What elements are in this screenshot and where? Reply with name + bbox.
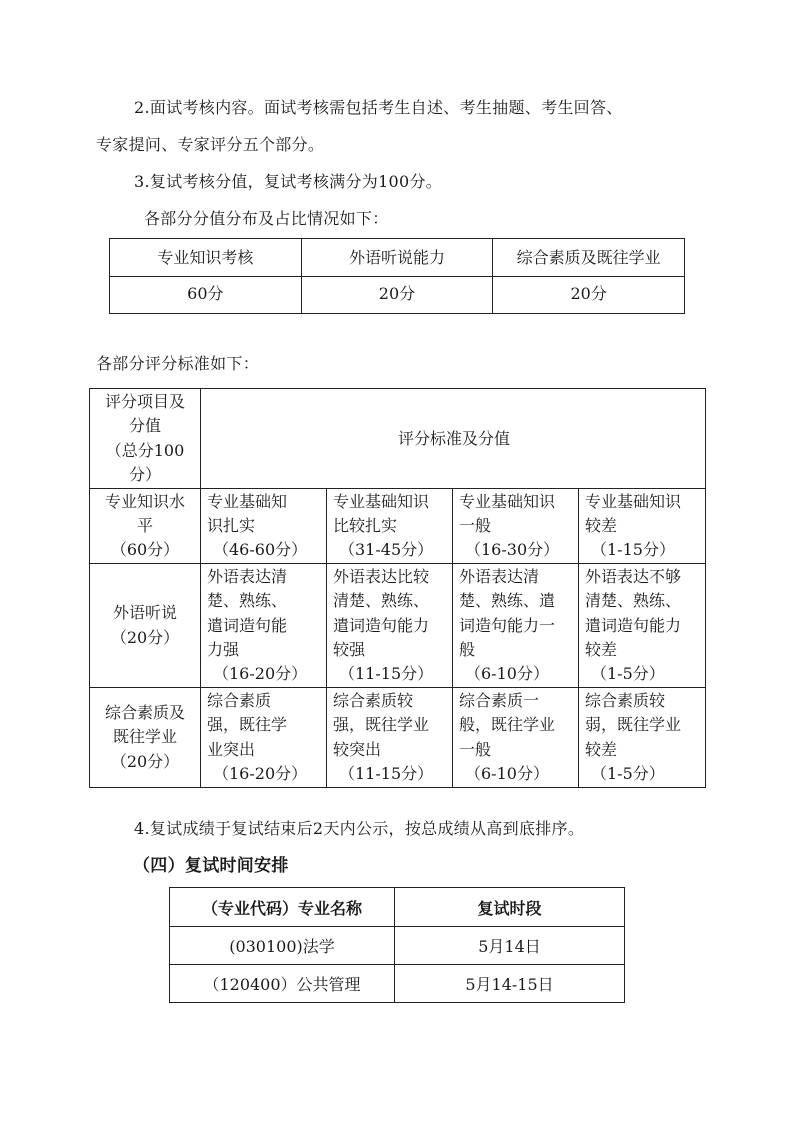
text-line: 较差 bbox=[585, 514, 701, 538]
score-range: （46-60分） bbox=[207, 538, 322, 562]
table-cell-item: 外语听说 （20分） bbox=[90, 563, 201, 687]
text-line: （总分100 bbox=[92, 439, 198, 463]
text-line: 楚、熟练、 bbox=[207, 589, 322, 613]
table-cell: 专业基础知 识扎实 （46-60分） bbox=[201, 488, 327, 563]
table-cell: 外语表达清 楚、熟练、 遣词造句能 力强 （16-20分） bbox=[201, 563, 327, 687]
text-line: 专业知识水 bbox=[92, 490, 198, 514]
table-header-row: 评分项目及 分值 （总分100 分） 评分标准及分值 bbox=[90, 389, 706, 489]
text-line: 综合素质及 bbox=[92, 701, 198, 725]
text-line: 清楚、熟练、 bbox=[333, 589, 448, 613]
table-cell: （120400）公共管理 bbox=[170, 965, 395, 1003]
score-range: （16-20分） bbox=[207, 762, 322, 786]
text-line: 既往学业 bbox=[92, 725, 198, 749]
text-line: 较强 bbox=[333, 638, 448, 662]
table-header-cell: 外语听说能力 bbox=[301, 239, 493, 277]
table-row: 60分 20分 20分 bbox=[110, 277, 685, 314]
text-line: 外语听说 bbox=[92, 601, 198, 625]
table-cell-item: 综合素质及 既往学业 （20分） bbox=[90, 687, 201, 787]
score-range: （11-15分） bbox=[333, 762, 448, 786]
table-cell: 60分 bbox=[110, 277, 302, 314]
text-line: 遣词造句能 bbox=[207, 614, 322, 638]
schedule-table: （专业代码）专业名称 复试时段 (030100)法学 5月14日 （120400… bbox=[169, 887, 625, 1003]
paragraph-interview-content-line2: 专家提问、专家评分五个部分。 bbox=[96, 135, 324, 155]
text-line: 较差 bbox=[585, 638, 701, 662]
score-range: （16-30分） bbox=[459, 538, 574, 562]
text-line: 比较扎实 bbox=[333, 514, 448, 538]
text-line: 外语表达比较 bbox=[333, 565, 448, 589]
table-cell: 专业基础知识 一般 （16-30分） bbox=[453, 488, 579, 563]
score-range: （1-5分） bbox=[585, 762, 701, 786]
table-header-row: （专业代码）专业名称 复试时段 bbox=[170, 888, 625, 927]
distribution-intro: 各部分分值分布及占比情况如下： bbox=[144, 209, 389, 229]
table-cell: (030100)法学 bbox=[170, 927, 395, 965]
table-row: （120400）公共管理 5月14-15日 bbox=[170, 965, 625, 1003]
text-line: 分） bbox=[92, 463, 198, 487]
score-range: （6-10分） bbox=[459, 762, 574, 786]
text-line: 综合素质较 bbox=[585, 689, 701, 713]
score-range: （31-45分） bbox=[333, 538, 448, 562]
table-header-cell: 综合素质及既往学业 bbox=[493, 239, 685, 277]
text-line: （20分） bbox=[92, 750, 198, 774]
criteria-intro: 各部分评分标准如下： bbox=[96, 354, 259, 374]
table-row: 综合素质及 既往学业 （20分） 综合素质 强，既往学 业突出 （16-20分）… bbox=[90, 687, 706, 787]
score-distribution-table: 专业知识考核 外语听说能力 综合素质及既往学业 60分 20分 20分 bbox=[109, 238, 685, 314]
table-row: (030100)法学 5月14日 bbox=[170, 927, 625, 965]
text-line: 平 bbox=[92, 514, 198, 538]
table-header-cell: 复试时段 bbox=[395, 888, 625, 927]
text-line: 外语表达清 bbox=[207, 565, 322, 589]
table-row: 专业知识水 平 （60分） 专业基础知 识扎实 （46-60分） 专业基础知识 … bbox=[90, 488, 706, 563]
table-header-cell-item: 评分项目及 分值 （总分100 分） bbox=[90, 389, 201, 489]
text-line: 综合素质一 bbox=[459, 689, 574, 713]
text-line: 外语表达不够 bbox=[585, 565, 701, 589]
text-line: 遣词造句能力 bbox=[585, 614, 701, 638]
table-row: 外语听说 （20分） 外语表达清 楚、熟练、 遣词造句能 力强 （16-20分）… bbox=[90, 563, 706, 687]
text-line: 一般 bbox=[459, 738, 574, 762]
paragraph-results-publication: 4.复试成绩于复试结束后2天内公示，按总成绩从高到底排序。 bbox=[134, 819, 584, 839]
table-cell-item: 专业知识水 平 （60分） bbox=[90, 488, 201, 563]
text-line: 业突出 bbox=[207, 738, 322, 762]
table-cell: 专业基础知识 较差 （1-15分） bbox=[579, 488, 706, 563]
text-line: 较突出 bbox=[333, 738, 448, 762]
text-line: 弱，既往学业 bbox=[585, 713, 701, 737]
text-line: 识扎实 bbox=[207, 514, 322, 538]
section-heading-schedule: （四）复试时间安排 bbox=[133, 856, 289, 876]
text-line: 遣词造句能力 bbox=[333, 614, 448, 638]
text-line: 专业基础知识 bbox=[333, 490, 448, 514]
text-line: 强，既往学 bbox=[207, 713, 322, 737]
table-header-row: 专业知识考核 外语听说能力 综合素质及既往学业 bbox=[110, 239, 685, 277]
text-line: 较差 bbox=[585, 738, 701, 762]
text-line: 外语表达清 bbox=[459, 565, 574, 589]
text-line: 分值 bbox=[92, 414, 198, 438]
text-line: 专业基础知识 bbox=[585, 490, 701, 514]
table-cell: 外语表达清 楚、熟练、遣 词造句能力一 般 （6-10分） bbox=[453, 563, 579, 687]
score-range: （1-5分） bbox=[585, 662, 701, 686]
grading-criteria-table: 评分项目及 分值 （总分100 分） 评分标准及分值 专业知识水 平 （60分）… bbox=[89, 388, 706, 788]
text-line: 专业基础知 bbox=[207, 490, 322, 514]
table-cell: 20分 bbox=[301, 277, 493, 314]
text-line: （60分） bbox=[92, 538, 198, 562]
table-cell: 5月14日 bbox=[395, 927, 625, 965]
paragraph-interview-content-line1: 2.面试考核内容。面试考核需包括考生自述、考生抽题、考生回答、 bbox=[134, 98, 623, 118]
table-cell: 综合素质一 般，既往学业 一般 （6-10分） bbox=[453, 687, 579, 787]
table-cell: 专业基础知识 比较扎实 （31-45分） bbox=[327, 488, 453, 563]
table-cell: 综合素质 强，既往学 业突出 （16-20分） bbox=[201, 687, 327, 787]
table-header-cell: 专业知识考核 bbox=[110, 239, 302, 277]
text-line: 综合素质 bbox=[207, 689, 322, 713]
text-line: 评分项目及 bbox=[92, 390, 198, 414]
text-line: 强，既往学业 bbox=[333, 713, 448, 737]
table-header-cell-criteria: 评分标准及分值 bbox=[201, 389, 706, 489]
score-range: （1-15分） bbox=[585, 538, 701, 562]
table-cell: 5月14-15日 bbox=[395, 965, 625, 1003]
score-range: （16-20分） bbox=[207, 662, 322, 686]
table-cell: 外语表达不够 清楚、熟练、 遣词造句能力 较差 （1-5分） bbox=[579, 563, 706, 687]
score-range: （11-15分） bbox=[333, 662, 448, 686]
text-line: 力强 bbox=[207, 638, 322, 662]
text-line: 楚、熟练、遣 bbox=[459, 589, 574, 613]
score-range: （6-10分） bbox=[459, 662, 574, 686]
text-line: 清楚、熟练、 bbox=[585, 589, 701, 613]
table-cell: 20分 bbox=[493, 277, 685, 314]
text-line: 般，既往学业 bbox=[459, 713, 574, 737]
table-cell: 综合素质较 弱，既往学业 较差 （1-5分） bbox=[579, 687, 706, 787]
text-line: 般 bbox=[459, 638, 574, 662]
text-line: 词造句能力一 bbox=[459, 614, 574, 638]
text-line: 专业基础知识 bbox=[459, 490, 574, 514]
table-cell: 外语表达比较 清楚、熟练、 遣词造句能力 较强 （11-15分） bbox=[327, 563, 453, 687]
text-line: （20分） bbox=[92, 626, 198, 650]
paragraph-score-value: 3.复试考核分值，复试考核满分为100分。 bbox=[134, 172, 442, 192]
text-line: 综合素质较 bbox=[333, 689, 448, 713]
text-line: 一般 bbox=[459, 514, 574, 538]
table-header-cell: （专业代码）专业名称 bbox=[170, 888, 395, 927]
table-cell: 综合素质较 强，既往学业 较突出 （11-15分） bbox=[327, 687, 453, 787]
